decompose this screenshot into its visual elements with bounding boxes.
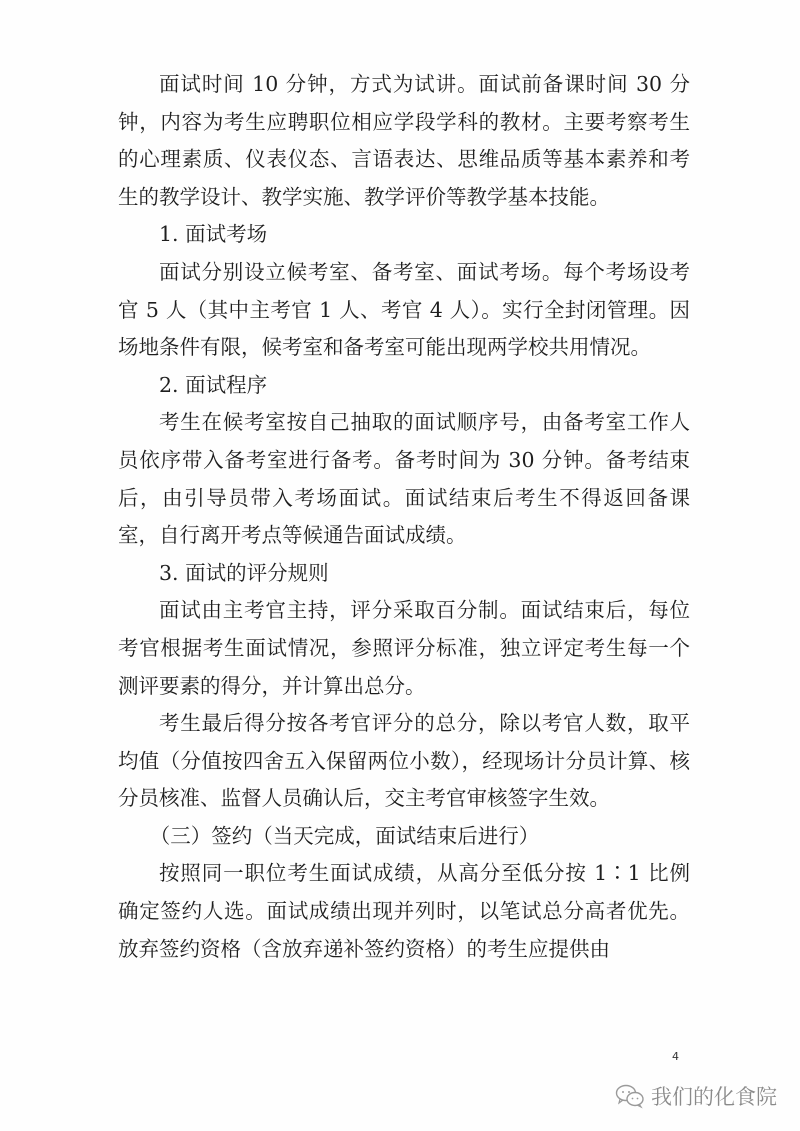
wechat-icon (615, 1083, 645, 1109)
paragraph-interview-venue: 面试分别设立候考室、备考室、面试考场。每个考场设考官 5 人（其中主考官 1 人… (118, 254, 690, 367)
heading-interview-procedure: 2. 面试程序 (118, 367, 690, 405)
watermark-text: 我们的化食院 (651, 1081, 777, 1111)
heading-signing: （三）签约（当天完成，面试结束后进行） (118, 818, 690, 856)
paragraph-scoring-rules: 面试由主考官主持，评分采取百分制。面试结束后，每位考官根据考生面试情况，参照评分… (118, 592, 690, 705)
heading-interview-venue: 1. 面试考场 (118, 216, 690, 254)
paragraph-interview-overview: 面试时间 10 分钟，方式为试讲。面试前备课时间 30 分钟，内容为考生应聘职位… (118, 66, 690, 216)
watermark: 我们的化食院 (615, 1080, 777, 1112)
paragraph-interview-procedure: 考生在候考室按自己抽取的面试顺序号，由备考室工作人员依序带入备考室进行备考。备考… (118, 404, 690, 554)
paragraph-final-score: 考生最后得分按各考官评分的总分，除以考官人数，取平均值（分值按四舍五入保留两位小… (118, 705, 690, 818)
paragraph-signing: 按照同一职位考生面试成绩，从高分至低分按 1∶1 比例确定签约人选。面试成绩出现… (118, 855, 690, 968)
heading-scoring-rules: 3. 面试的评分规则 (118, 555, 690, 593)
document-page: 面试时间 10 分钟，方式为试讲。面试前备课时间 30 分钟，内容为考生应聘职位… (0, 0, 800, 1131)
page-number: 4 (672, 1050, 679, 1063)
document-body: 面试时间 10 分钟，方式为试讲。面试前备课时间 30 分钟，内容为考生应聘职位… (118, 66, 690, 968)
